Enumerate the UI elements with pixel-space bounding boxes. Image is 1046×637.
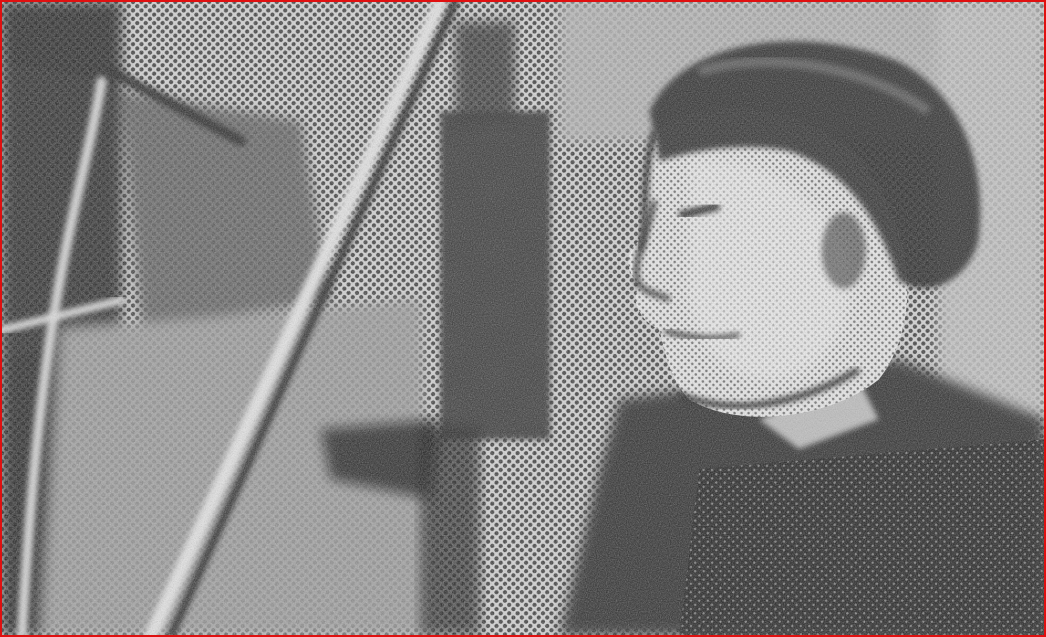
halftone-photo xyxy=(2,2,1044,635)
photo-frame: Grainy black-and-white halftone photo of… xyxy=(0,0,1046,637)
